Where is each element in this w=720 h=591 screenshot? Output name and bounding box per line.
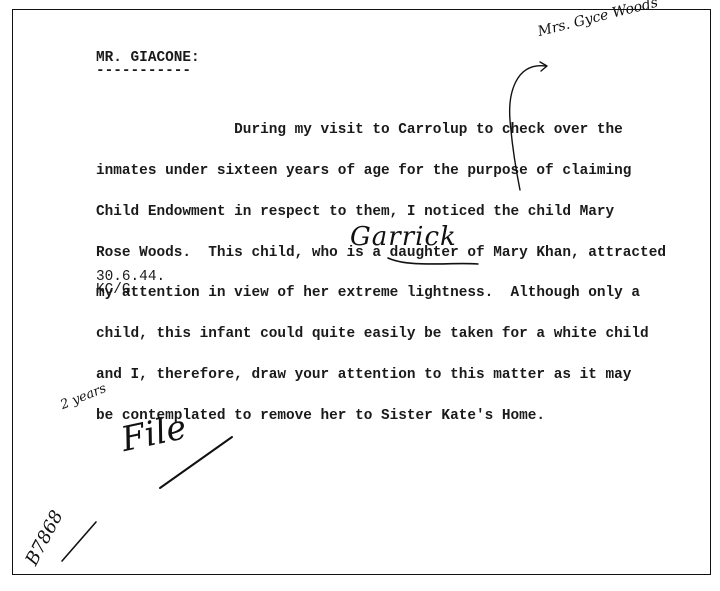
reference-initials: KC/G (96, 284, 131, 298)
body-line: child, this infant could quite easily be… (96, 328, 666, 342)
body-line: inmates under sixteen years of age for t… (96, 165, 666, 179)
body-line: During my visit to Carrolup to check ove… (96, 124, 666, 138)
letter-body: During my visit to Carrolup to check ove… (96, 97, 666, 437)
body-line: my attention in view of her extreme ligh… (96, 287, 666, 301)
body-line: Child Endowment in respect to them, I no… (96, 206, 666, 220)
addressee-underline: ----------- (96, 65, 191, 79)
handwritten-signature: Garrick (350, 222, 457, 252)
body-line: and I, therefore, draw your attention to… (96, 369, 666, 383)
